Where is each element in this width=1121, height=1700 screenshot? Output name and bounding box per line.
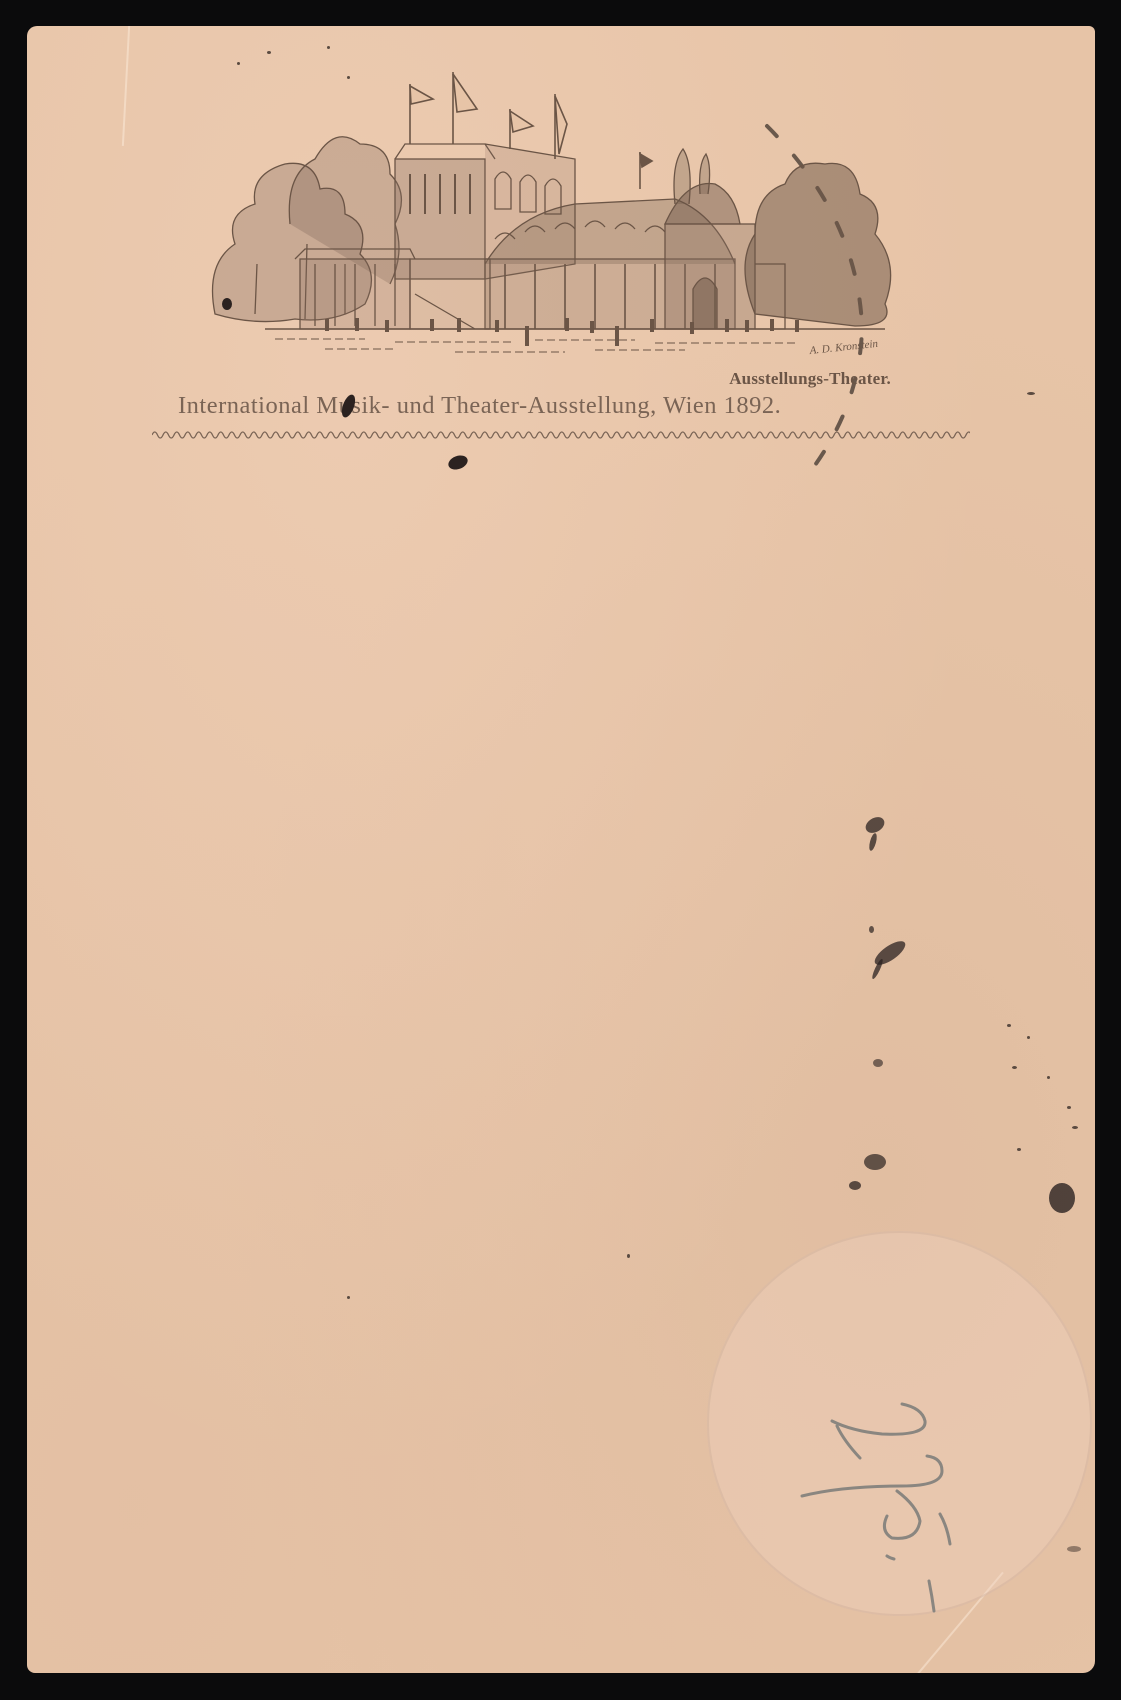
speck [1067, 1106, 1071, 1109]
theater-illustration: A. D. Kronstein [195, 64, 935, 364]
ink-blot [868, 833, 878, 852]
speck [237, 62, 240, 65]
ink-blot [871, 958, 885, 980]
speck [1027, 392, 1035, 395]
speck [327, 46, 330, 49]
speck [1007, 1024, 1011, 1027]
ink-blot [869, 926, 874, 933]
speck [1017, 1148, 1021, 1151]
speck [1072, 1126, 1078, 1129]
speck [1027, 1036, 1030, 1039]
wavy-divider [152, 428, 970, 442]
speck [347, 76, 350, 79]
speck [267, 51, 271, 54]
ink-blot [849, 1181, 861, 1190]
speck [1047, 1076, 1050, 1079]
speck [627, 1254, 630, 1258]
ink-blot [222, 298, 232, 310]
speck [347, 1296, 350, 1299]
ink-blot [873, 1059, 883, 1067]
artist-signature: A. D. Kronstein [808, 338, 879, 357]
caption-subtitle: International Musik- und Theater-Ausstel… [178, 392, 781, 420]
ink-blot [1049, 1183, 1075, 1213]
pencil-notation: 2/5.- [782, 1386, 982, 1616]
speck [1012, 1066, 1017, 1069]
ink-blot [446, 453, 469, 472]
paper-crease-left [122, 26, 130, 146]
speck [1067, 1546, 1081, 1552]
postcard: A. D. Kronstein Ausstellungs-Theater. In… [27, 26, 1095, 1673]
caption-title: Ausstellungs-Theater. [729, 369, 891, 389]
ink-blot [864, 1154, 886, 1170]
